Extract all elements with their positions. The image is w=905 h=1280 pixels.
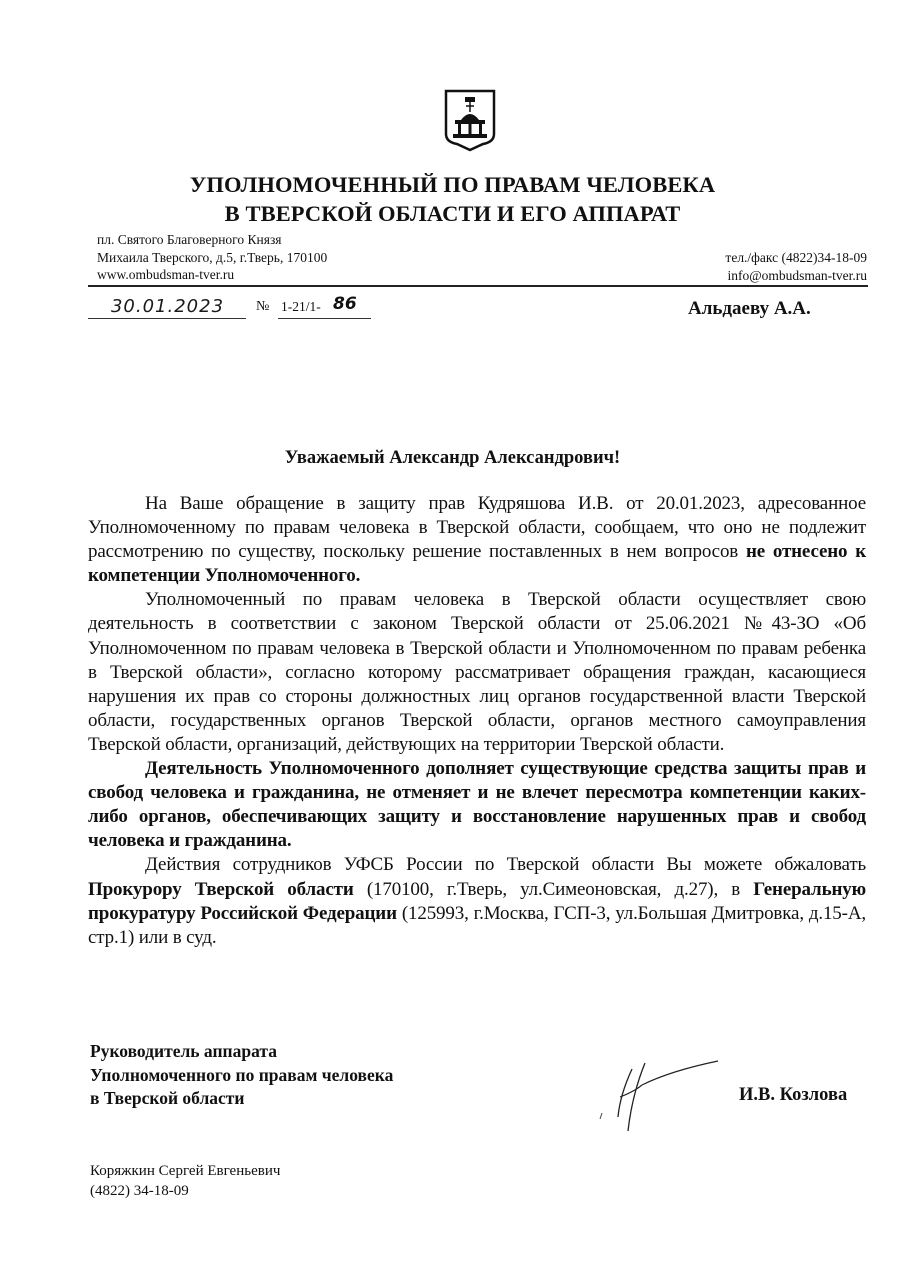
- letter-body: На Ваше обращение в защиту прав Кудряшов…: [88, 492, 866, 950]
- position-line: в Тверской области: [90, 1087, 393, 1111]
- number-underline: [278, 318, 371, 319]
- date-underline: [88, 318, 246, 319]
- executor-name: Коряжкин Сергей Евгеньевич: [90, 1162, 280, 1182]
- paragraph-2: Уполномоченный по правам человека в Твер…: [88, 588, 866, 757]
- registration-number-prefix: 1-21/1-: [281, 299, 321, 315]
- phone-fax: тел./факс (4822)34-18-09: [725, 249, 867, 267]
- org-title-line: УПОЛНОМОЧЕННЫЙ ПО ПРАВАМ ЧЕЛОВЕКА: [0, 170, 905, 199]
- signatory-position: Руководитель аппарата Уполномоченного по…: [90, 1040, 393, 1111]
- contact-info: тел./факс (4822)34-18-09 info@ombudsman-…: [725, 249, 867, 284]
- registration-line: 30.01.2023 № 1-21/1- 86: [88, 296, 388, 320]
- org-title-line: В ТВЕРСКОЙ ОБЛАСТИ И ЕГО АППАРАТ: [0, 199, 905, 228]
- address-line: пл. Святого Благоверного Князя: [97, 231, 327, 249]
- signer-name: И.В. Козлова: [739, 1085, 847, 1106]
- paragraph-3: Деятельность Уполномоченного дополняет с…: [88, 757, 866, 853]
- handwritten-signature-icon: [590, 1055, 730, 1135]
- salutation: Уважаемый Александр Александрович!: [0, 448, 905, 469]
- website-link[interactable]: www.ombudsman-tver.ru: [97, 266, 327, 284]
- executor-phone: (4822) 34-18-09: [90, 1182, 280, 1202]
- executor-info: Коряжкин Сергей Евгеньевич (4822) 34-18-…: [90, 1162, 280, 1201]
- coat-of-arms-icon: [443, 88, 497, 152]
- email-link[interactable]: info@ombudsman-tver.ru: [725, 267, 867, 285]
- position-line: Уполномоченного по правам человека: [90, 1064, 393, 1088]
- organization-title: УПОЛНОМОЧЕННЫЙ ПО ПРАВАМ ЧЕЛОВЕКА В ТВЕР…: [0, 170, 905, 228]
- postal-address: пл. Святого Благоверного Князя Михаила Т…: [97, 231, 327, 284]
- paragraph-text: Действия сотрудников УФСБ России по Твер…: [145, 854, 866, 875]
- paragraph-1: На Ваше обращение в защиту прав Кудряшов…: [88, 492, 866, 588]
- paragraph-bold-text: Деятельность Уполномоченного дополняет с…: [88, 758, 866, 851]
- position-line: Руководитель аппарата: [90, 1040, 393, 1064]
- registration-date: 30.01.2023: [90, 296, 245, 317]
- address-line: Михаила Тверского, д.5, г.Тверь, 170100: [97, 249, 327, 267]
- prosecutor-tver-bold: Прокурору Тверской области: [88, 879, 354, 900]
- header-divider: [88, 285, 868, 287]
- paragraph-text: (170100, г.Тверь, ул.Симеоновская, д.27)…: [354, 879, 754, 900]
- paragraph-4: Действия сотрудников УФСБ России по Твер…: [88, 853, 866, 949]
- number-sign: №: [256, 299, 269, 315]
- recipient: Альдаеву А.А.: [688, 298, 811, 320]
- registration-number-handwritten: 86: [333, 294, 357, 314]
